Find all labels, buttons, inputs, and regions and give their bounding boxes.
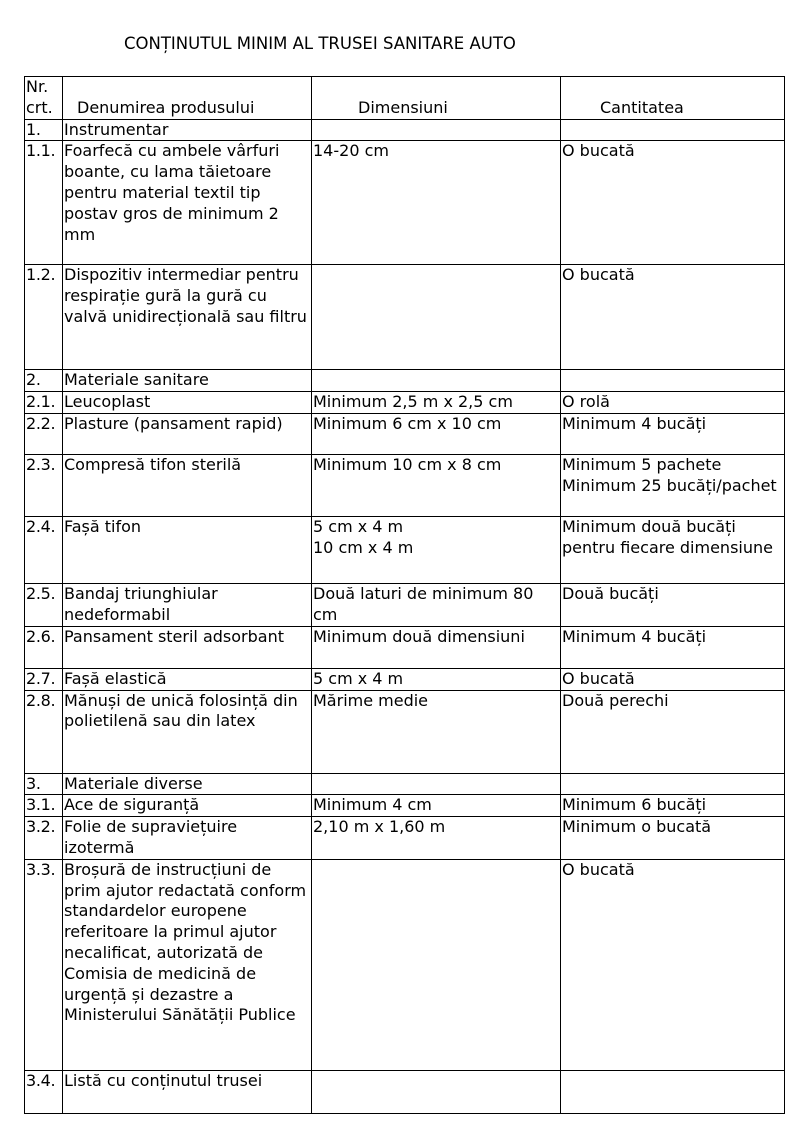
quantity-cell: O bucată — [561, 668, 785, 690]
dimensions-cell: Minimum 6 cm x 10 cm — [312, 413, 561, 454]
dimensions-cell: Minimum 2,5 m x 2,5 cm — [312, 392, 561, 414]
dimensions-cell — [312, 370, 561, 392]
row-number: 2.6. — [25, 626, 63, 668]
product-name-cell: Instrumentar — [63, 119, 312, 141]
dimensions-cell: 5 cm x 4 m 10 cm x 4 m — [312, 516, 561, 583]
header-dimensions: Dimensiuni — [312, 77, 561, 120]
table-row: 1.Instrumentar — [25, 119, 785, 141]
product-name-cell: Pansament steril adsorbant — [63, 626, 312, 668]
row-number: 1.1. — [25, 141, 63, 265]
quantity-cell — [561, 773, 785, 795]
table-row: 2.4.Fașă tifon5 cm x 4 m 10 cm x 4 mMini… — [25, 516, 785, 583]
row-number: 2.3. — [25, 454, 63, 516]
row-number: 2.2. — [25, 413, 63, 454]
table-row: 3.4.Listă cu conținutul trusei — [25, 1070, 785, 1113]
dimensions-cell: 2,10 m x 1,60 m — [312, 817, 561, 860]
dimensions-cell — [312, 119, 561, 141]
quantity-cell: Minimum 4 bucăți — [561, 626, 785, 668]
quantity-cell: Minimum o bucată — [561, 817, 785, 860]
product-name-cell: Compresă tifon sterilă — [63, 454, 312, 516]
table-row: 1.2.Dispozitiv intermediar pentru respir… — [25, 265, 785, 370]
quantity-cell — [561, 119, 785, 141]
quantity-cell: Minimum 6 bucăți — [561, 795, 785, 817]
header-product-name: Denumirea produsului — [63, 77, 312, 120]
table-row: 3.3.Broșură de instrucțiuni de prim ajut… — [25, 859, 785, 1070]
dimensions-cell — [312, 859, 561, 1070]
product-name-cell: Dispozitiv intermediar pentru respirație… — [63, 265, 312, 370]
table-body: 1.Instrumentar1.1.Foarfecă cu ambele vâr… — [25, 119, 785, 1113]
quantity-cell — [561, 1070, 785, 1113]
table-row: 3.Materiale diverse — [25, 773, 785, 795]
product-name-cell: Fașă elastică — [63, 668, 312, 690]
dimensions-cell: Minimum 4 cm — [312, 795, 561, 817]
quantity-cell — [561, 370, 785, 392]
table-row: 2.6.Pansament steril adsorbantMinimum do… — [25, 626, 785, 668]
table-row: 1.1.Foarfecă cu ambele vârfuri boante, c… — [25, 141, 785, 265]
dimensions-cell — [312, 265, 561, 370]
dimensions-cell — [312, 1070, 561, 1113]
row-number: 2.4. — [25, 516, 63, 583]
row-number: 3.1. — [25, 795, 63, 817]
dimensions-cell: Mărime medie — [312, 690, 561, 773]
row-number: 2.7. — [25, 668, 63, 690]
product-name-cell: Leucoplast — [63, 392, 312, 414]
row-number: 2.1. — [25, 392, 63, 414]
row-number: 2.8. — [25, 690, 63, 773]
quantity-cell: O rolă — [561, 392, 785, 414]
table-row: 2.2.Plasture (pansament rapid)Minimum 6 … — [25, 413, 785, 454]
quantity-cell: Două perechi — [561, 690, 785, 773]
row-number: 3. — [25, 773, 63, 795]
row-number: 1. — [25, 119, 63, 141]
quantity-cell: Minimum 4 bucăți — [561, 413, 785, 454]
product-name-cell: Plasture (pansament rapid) — [63, 413, 312, 454]
kit-contents-table: Nr. crt. Denumirea produsului Dimensiuni… — [24, 76, 785, 1114]
row-number: 2. — [25, 370, 63, 392]
quantity-cell: O bucată — [561, 265, 785, 370]
dimensions-cell: Minimum 10 cm x 8 cm — [312, 454, 561, 516]
dimensions-cell — [312, 773, 561, 795]
row-number: 2.5. — [25, 583, 63, 626]
table-row: 3.1.Ace de siguranțăMinimum 4 cmMinimum … — [25, 795, 785, 817]
product-name-cell: Folie de supraviețuire izotermă — [63, 817, 312, 860]
row-number: 1.2. — [25, 265, 63, 370]
quantity-cell: Minimum 5 pachete Minimum 25 bucăți/pach… — [561, 454, 785, 516]
row-number: 3.2. — [25, 817, 63, 860]
quantity-cell: Două bucăți — [561, 583, 785, 626]
dimensions-cell: 5 cm x 4 m — [312, 668, 561, 690]
header-quantity: Cantitatea — [561, 77, 785, 120]
product-name-cell: Mănuși de unică folosință din polietilen… — [63, 690, 312, 773]
quantity-cell: Minimum două bucăți pentru fiecare dimen… — [561, 516, 785, 583]
quantity-cell: O bucată — [561, 141, 785, 265]
product-name-cell: Materiale sanitare — [63, 370, 312, 392]
product-name-cell: Foarfecă cu ambele vârfuri boante, cu la… — [63, 141, 312, 265]
product-name-cell: Ace de siguranță — [63, 795, 312, 817]
table-row: 3.2.Folie de supraviețuire izotermă2,10 … — [25, 817, 785, 860]
product-name-cell: Materiale diverse — [63, 773, 312, 795]
product-name-cell: Fașă tifon — [63, 516, 312, 583]
dimensions-cell: Două laturi de minimum 80 cm — [312, 583, 561, 626]
document-title: CONȚINUTUL MINIM AL TRUSEI SANITARE AUTO — [124, 34, 516, 53]
row-number: 3.4. — [25, 1070, 63, 1113]
table-row: 2.3.Compresă tifon sterilăMinimum 10 cm … — [25, 454, 785, 516]
header-nr-crt: Nr. crt. — [25, 77, 63, 120]
row-number: 3.3. — [25, 859, 63, 1070]
table-row: 2.1.LeucoplastMinimum 2,5 m x 2,5 cmO ro… — [25, 392, 785, 414]
dimensions-cell: 14-20 cm — [312, 141, 561, 265]
product-name-cell: Listă cu conținutul trusei — [63, 1070, 312, 1113]
product-name-cell: Broșură de instrucțiuni de prim ajutor r… — [63, 859, 312, 1070]
table-header-row: Nr. crt. Denumirea produsului Dimensiuni… — [25, 77, 785, 120]
dimensions-cell: Minimum două dimensiuni — [312, 626, 561, 668]
product-name-cell: Bandaj triunghiular nedeformabil — [63, 583, 312, 626]
table-row: 2.7.Fașă elastică5 cm x 4 mO bucată — [25, 668, 785, 690]
quantity-cell: O bucată — [561, 859, 785, 1070]
table-row: 2.8.Mănuși de unică folosință din poliet… — [25, 690, 785, 773]
table-row: 2.5.Bandaj triunghiular nedeformabilDouă… — [25, 583, 785, 626]
table-row: 2.Materiale sanitare — [25, 370, 785, 392]
